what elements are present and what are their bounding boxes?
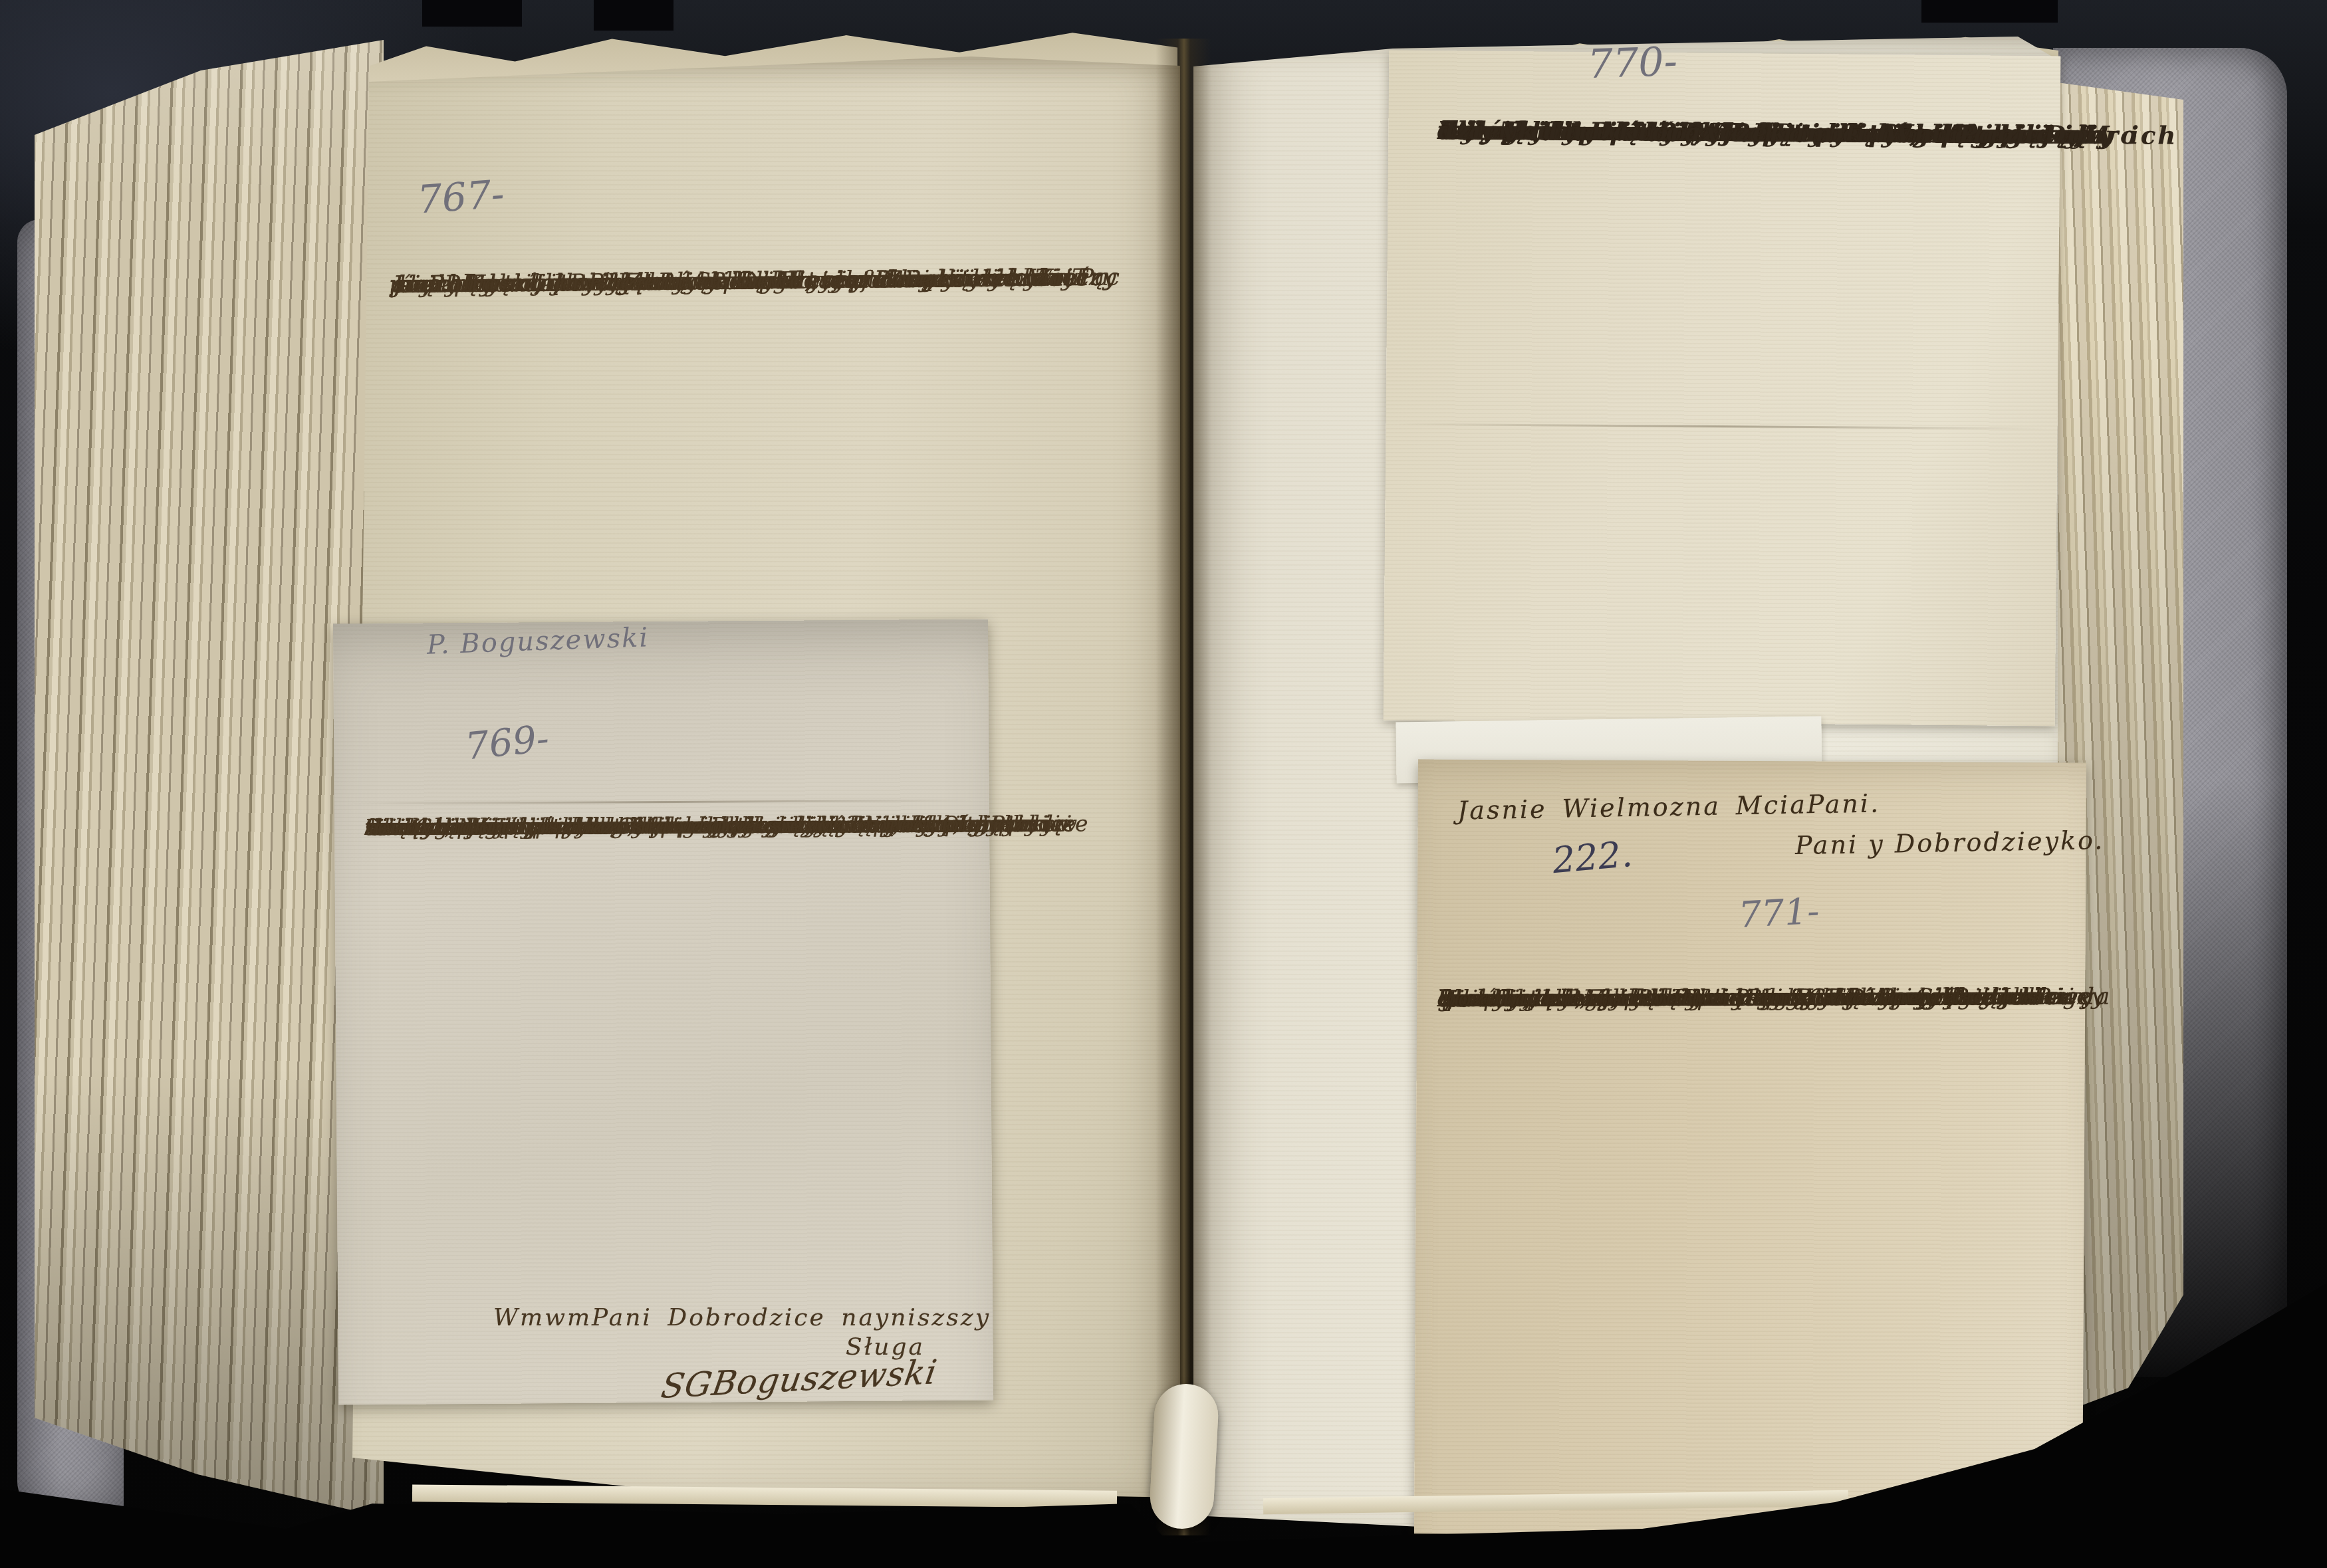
letter-769-closing: WmwmPani Dobrodzice nayniszszy xyxy=(493,1304,991,1331)
cradle-notch xyxy=(1921,0,2058,23)
pencil-page-number-771: 771- xyxy=(1737,890,1820,936)
handwritten-line: dzieyki na którą czekam xyxy=(1437,114,1835,150)
letter-771-salutation-2: Pani y Dobrodzieyko. xyxy=(1795,826,2105,860)
pasted-letter-770-paper xyxy=(1384,51,2061,727)
book-gutter-shadow xyxy=(1156,39,1211,1535)
cradle-notch xyxy=(594,0,674,31)
pasted-letter-769-paper xyxy=(333,619,993,1405)
pencil-page-number-769: 769- xyxy=(463,717,551,769)
pencil-page-number-770: 770- xyxy=(1587,39,1678,88)
handwritten-line: pozabierała, osobliwie JmP Wdziney Podla… xyxy=(1441,983,2095,1014)
page-edges-stack-left xyxy=(35,19,384,1517)
ink-number-222: 222. xyxy=(1550,833,1634,881)
pencil-page-number-767: 767- xyxy=(416,171,506,223)
curled-page-edge xyxy=(1148,1383,1219,1531)
archival-manuscript-book-photo: 767- prych deklarował. a iesliby satysfa… xyxy=(0,0,2327,1568)
handwritten-line: ie. Co domopszy zostawam xyxy=(368,812,729,841)
cradle-notch xyxy=(422,0,522,27)
pasted-letter-771-paper xyxy=(1414,759,2086,1537)
